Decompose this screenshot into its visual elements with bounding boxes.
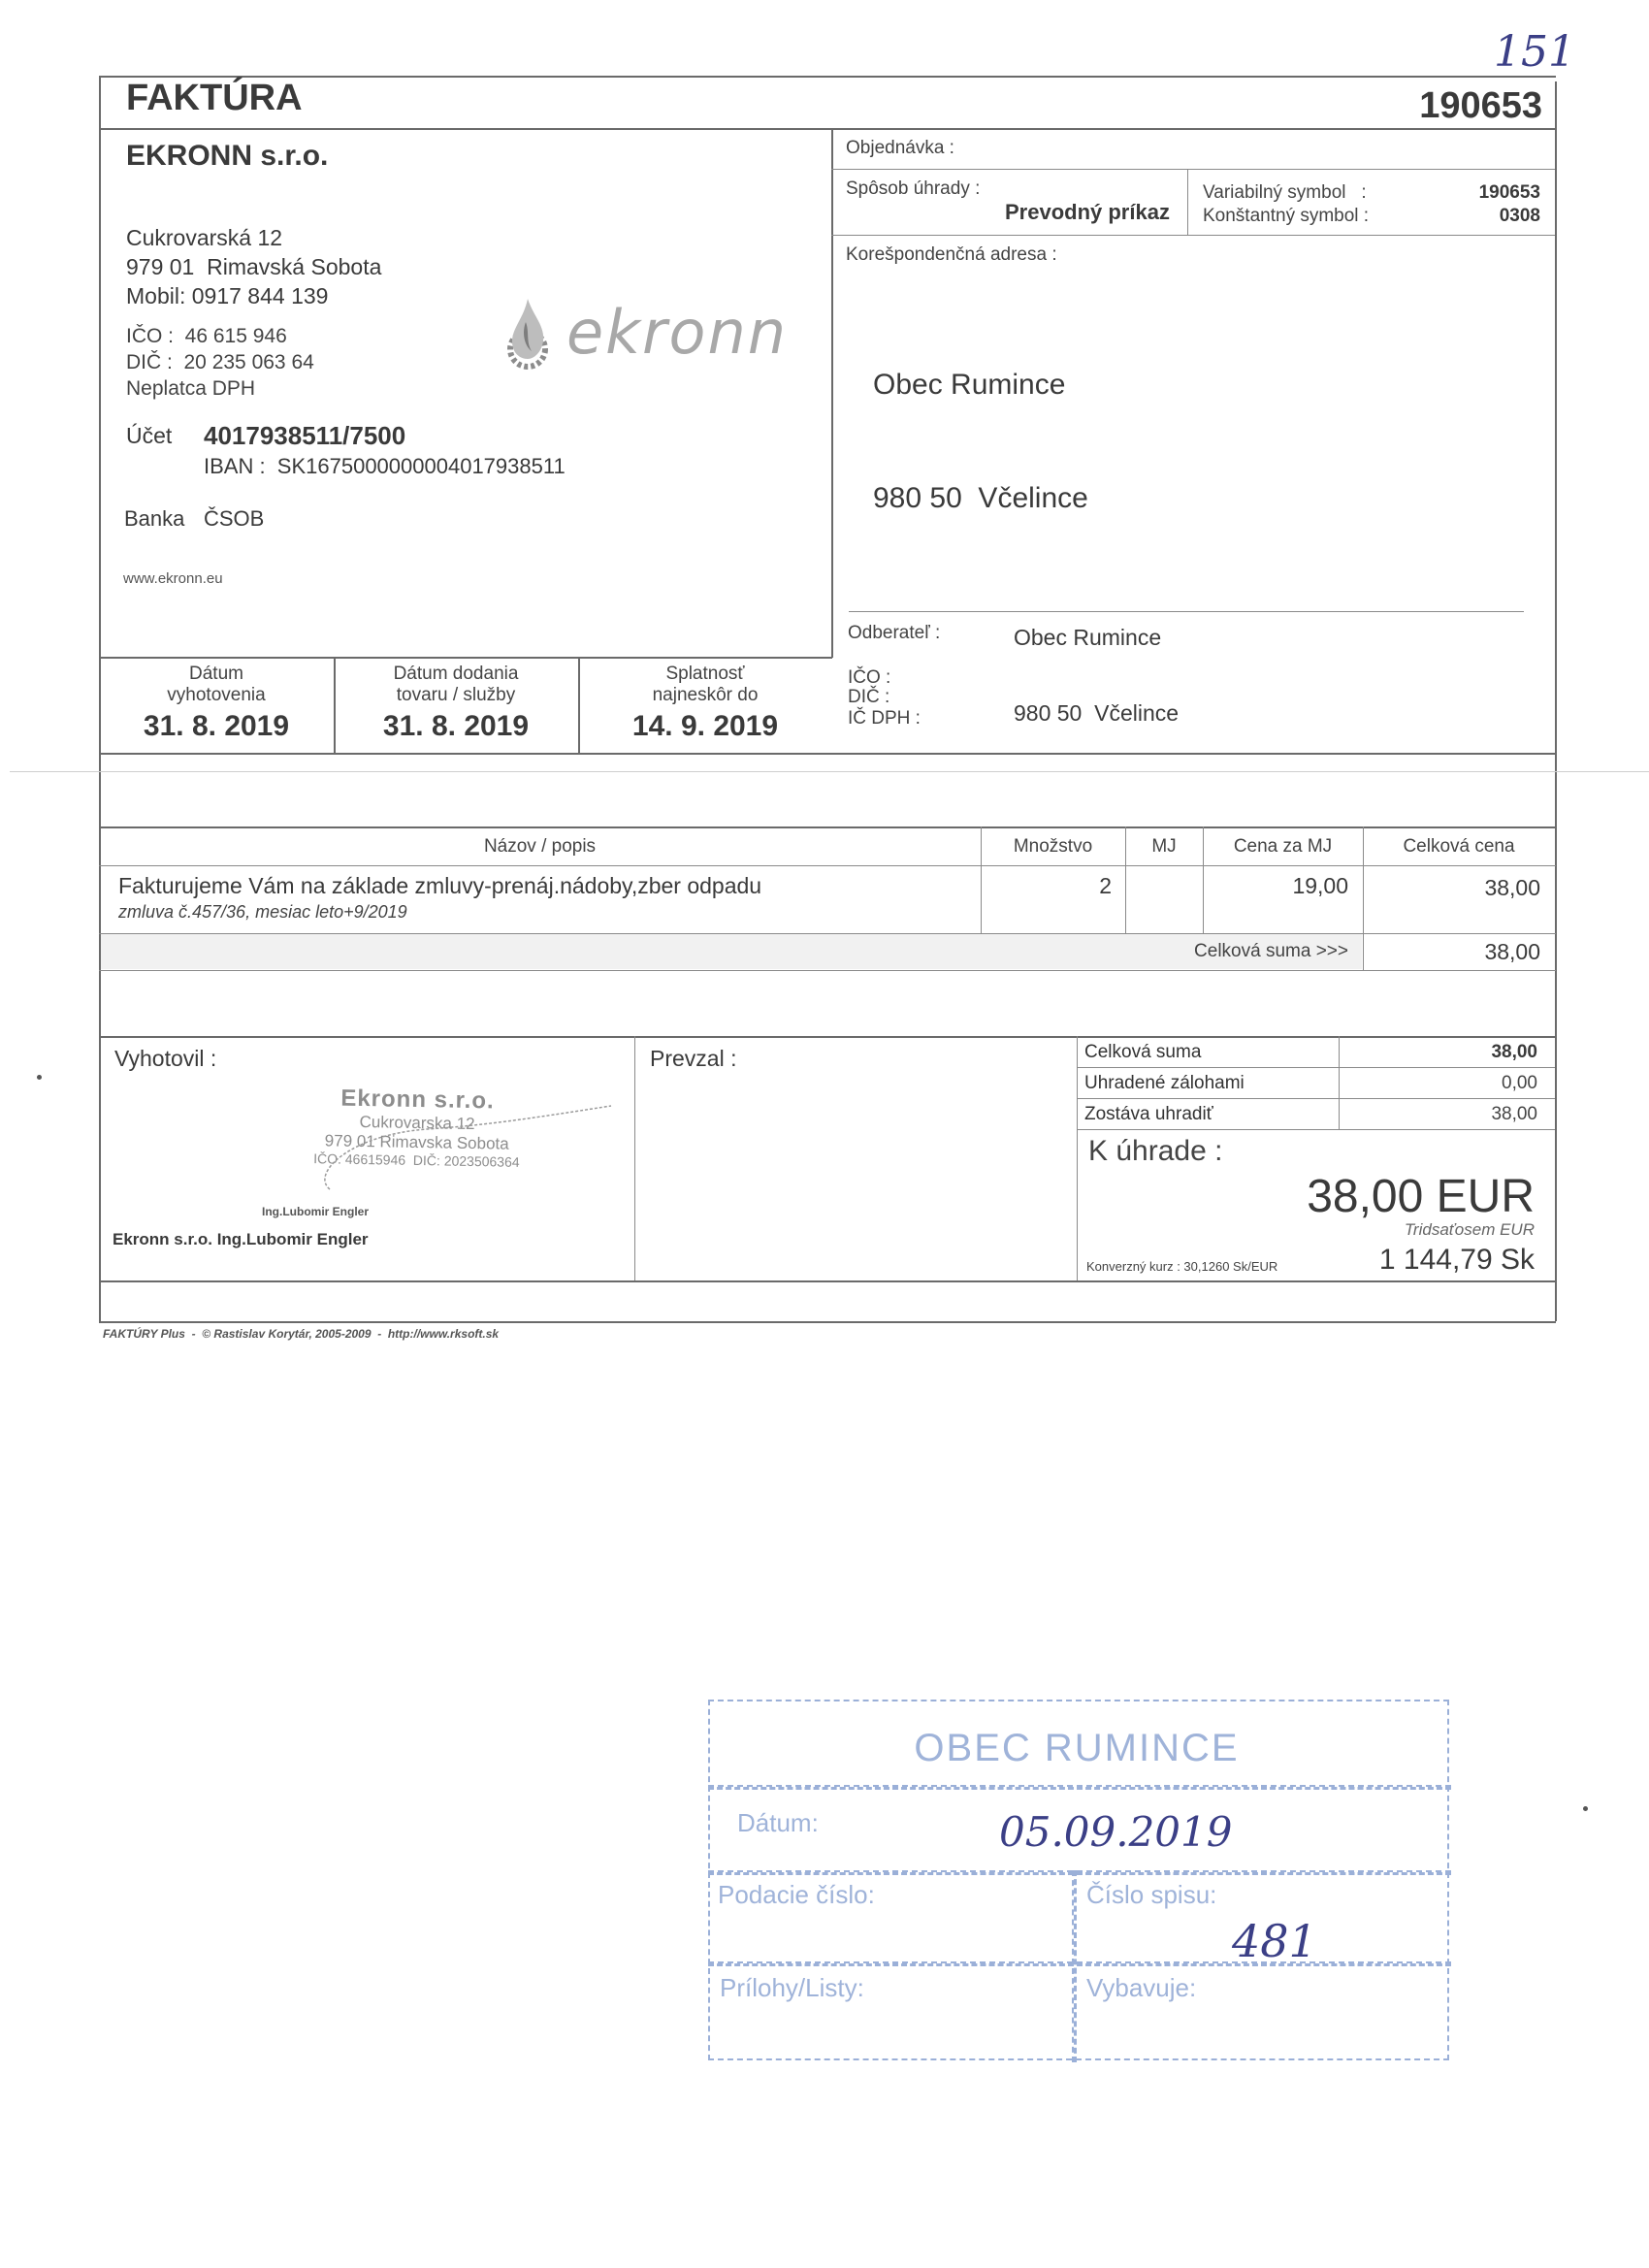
- remaining-value: 38,00: [1339, 1104, 1537, 1125]
- customer-name: Obec Rumince: [1014, 625, 1161, 651]
- flame-gear-icon: [497, 293, 559, 371]
- correspondence-name: Obec Rumince: [873, 369, 1065, 402]
- account-number: 4017938511/7500: [204, 421, 405, 451]
- paper-speck: [1583, 1806, 1588, 1811]
- items-header-bottom: [99, 865, 1556, 866]
- supplier-city: 979 01 Rimavská Sobota: [126, 254, 381, 280]
- date-due-label-2: najneskôr do: [578, 685, 832, 706]
- total-sum-value: 38,00: [1339, 1042, 1537, 1063]
- file-number-value: 481: [1232, 1915, 1317, 1967]
- col-header-total: Celková cena: [1363, 836, 1555, 858]
- iban: IBAN : SK1675000000004017938511: [204, 454, 566, 479]
- invoice-number: 190653: [1419, 85, 1542, 127]
- logo-wordmark: ekronn: [566, 297, 788, 368]
- constant-symbol: 0308: [1500, 206, 1540, 227]
- customer-label: Odberateľ :: [848, 623, 940, 644]
- advance-paid-value: 0,00: [1339, 1073, 1537, 1094]
- col-header-description: Názov / popis: [99, 836, 981, 858]
- file-number-label: Číslo spisu:: [1086, 1880, 1216, 1910]
- attachments-label: Prílohy/Listy:: [720, 1973, 864, 2003]
- header-divider: [99, 128, 1556, 130]
- signature-bottom: [99, 1280, 1556, 1282]
- order-label: Objednávka :: [846, 138, 954, 159]
- bank-label: Banka: [124, 506, 184, 532]
- variable-symbol: 190653: [1479, 182, 1540, 204]
- supplier-mobile: Mobil: 0917 844 139: [126, 283, 328, 309]
- correspondence-city: 980 50 Včelince: [873, 482, 1088, 515]
- item-total: 38,00: [1363, 875, 1540, 901]
- sig-divider-2: [1077, 1036, 1078, 1280]
- dates-top: [99, 657, 832, 659]
- supplier-name: EKRONN s.r.o.: [126, 140, 328, 173]
- totals-row-2: [1077, 1098, 1555, 1099]
- date-issued-value: 31. 8. 2019: [99, 710, 334, 743]
- date-issued-label-2: vyhotovenia: [99, 685, 334, 706]
- due-amount-sk: 1 144,79 Sk: [1261, 1244, 1535, 1277]
- ekronn-logo: ekronn: [497, 293, 817, 371]
- date-issued-label-1: Dátum: [99, 664, 334, 685]
- dates-bottom: [99, 753, 1556, 755]
- registry-date-value: 05.09.2019: [999, 1808, 1232, 1856]
- supplier-ico: IČO : 46 615 946: [126, 325, 287, 348]
- item-note: zmluva č.457/36, mesiac leto+9/2019: [118, 902, 407, 923]
- item-quantity: 2: [981, 873, 1112, 899]
- sig-divider-1: [634, 1036, 635, 1280]
- account-label: Účet: [126, 423, 172, 449]
- date-delivery-label-1: Dátum dodania: [334, 664, 578, 685]
- date-due-value: 14. 9. 2019: [578, 710, 832, 743]
- sum-label: Celková suma >>>: [1067, 941, 1348, 962]
- customer-ico-label: IČO :: [848, 667, 890, 689]
- col-header-unit-price: Cena za MJ: [1203, 836, 1363, 858]
- sum-value: 38,00: [1363, 939, 1540, 965]
- conversion-rate: Konverzný kurz : 30,1260 Sk/EUR: [1086, 1259, 1277, 1274]
- date-delivery-value: 31. 8. 2019: [334, 710, 578, 743]
- col-header-unit: MJ: [1125, 836, 1203, 858]
- item-description: Fakturujeme Vám na základe zmluvy-prenáj…: [118, 873, 761, 899]
- registry-date-label: Dátum:: [737, 1808, 819, 1838]
- issuer-name: Ekronn s.r.o. Ing.Lubomir Engler: [113, 1230, 369, 1249]
- stamp-signer: Ing.Lubomir Engler: [262, 1205, 369, 1218]
- customer-divider: [849, 611, 1524, 612]
- paper-speck: [37, 1075, 42, 1080]
- date-delivery-label-2: tovaru / služby: [334, 685, 578, 706]
- handled-by-label: Vybavuje:: [1086, 1973, 1196, 2003]
- totals-row-1: [1077, 1067, 1555, 1068]
- due-amount: 38,00 EUR: [1212, 1170, 1535, 1223]
- customer-icdph-label: IČ DPH :: [848, 708, 921, 729]
- col-header-quantity: Množstvo: [981, 836, 1125, 858]
- received-by-label: Prevzal :: [650, 1046, 736, 1072]
- software-footer: FAKTÚRY Plus - © Rastislav Korytár, 2005…: [103, 1327, 499, 1341]
- issued-by-label: Vyhotovil :: [114, 1046, 216, 1072]
- supplier-dic: DIČ : 20 235 063 64: [126, 351, 314, 374]
- variable-symbol-label: Variabilný symbol :: [1203, 182, 1367, 204]
- sum-row-bottom: [99, 970, 1556, 971]
- total-sum-label: Celková suma: [1084, 1042, 1201, 1063]
- due-label: K úhrade :: [1088, 1135, 1222, 1168]
- registry-stamp: OBEC RUMINCE Dátum: 05.09.2019 Podacie č…: [708, 1700, 1449, 2060]
- date-due-label-1: Splatnosť: [578, 664, 832, 685]
- customer-city: 980 50 Včelince: [1014, 700, 1179, 727]
- item-unit-price: 19,00: [1203, 873, 1348, 899]
- customer-dic-label: DIČ :: [848, 687, 889, 708]
- bank-name: ČSOB: [204, 506, 264, 532]
- document-title: FAKTÚRA: [126, 78, 303, 119]
- supplier-street: Cukrovarská 12: [126, 225, 282, 251]
- constant-symbol-label: Konštantný symbol :: [1203, 206, 1369, 227]
- payment-label: Spôsob úhrady :: [846, 178, 980, 200]
- handwritten-page-number: 151: [1494, 27, 1575, 77]
- advance-paid-label: Uhradené zálohami: [1084, 1073, 1245, 1094]
- symbol-divider: [1187, 169, 1188, 235]
- payment-divider: [831, 235, 1555, 236]
- frame-right: [1555, 81, 1557, 1321]
- items-top: [99, 826, 1556, 828]
- date-delivery: Dátum dodania tovaru / služby 31. 8. 201…: [334, 664, 578, 743]
- filing-number-label: Podacie číslo:: [718, 1880, 875, 1910]
- registry-stamp-title: OBEC RUMINCE: [708, 1727, 1445, 1770]
- date-issued: Dátum vyhotovenia 31. 8. 2019: [99, 664, 334, 743]
- due-amount-words: Tridsaťosem EUR: [1212, 1220, 1535, 1240]
- order-divider: [831, 169, 1555, 170]
- signature-top: [99, 1036, 1556, 1038]
- frame-bottom: [99, 1321, 1556, 1323]
- date-due: Splatnosť najneskôr do 14. 9. 2019: [578, 664, 832, 743]
- supplier-vat-status: Neplatca DPH: [126, 377, 255, 401]
- signature-scribble: [291, 1096, 630, 1203]
- totals-row-3: [1077, 1129, 1555, 1130]
- correspondence-label: Korešpondenčná adresa :: [846, 244, 1057, 266]
- remaining-label: Zostáva uhradiť: [1084, 1104, 1213, 1125]
- frame-top: [99, 76, 1556, 78]
- supplier-website[interactable]: www.ekronn.eu: [123, 570, 223, 587]
- payment-method: Prevodný príkaz: [1005, 200, 1170, 225]
- paper-fold: [10, 771, 1649, 772]
- supplier-divider: [831, 128, 833, 658]
